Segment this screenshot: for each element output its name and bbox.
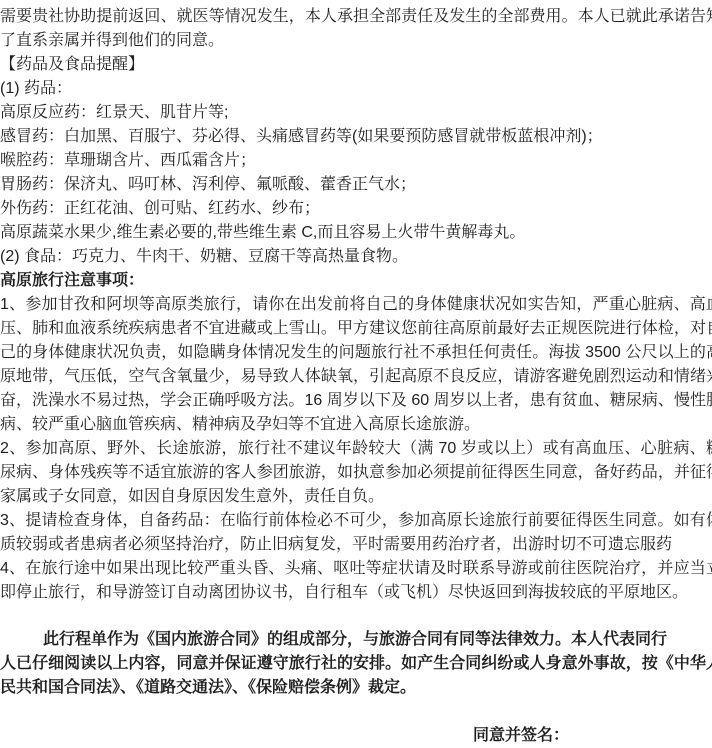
companion-count-blank	[667, 643, 712, 644]
medicine-food-heading: 【药品及食品提醒】	[0, 53, 712, 77]
notice-item-4: 4、在旅行途中如果出现比较严重头昏、头痛、呕吐等症状请及时联系导游或前往医院治疗…	[0, 557, 712, 605]
stomach-medicine-line: 胃肠药：保济丸、吗叮林、泻利停、氟哌酸、藿香正气水；	[0, 173, 712, 197]
notice-item-1: 1、参加甘孜和阿坝等高原类旅行，请你在出发前将自己的身体健康状况如实告知，严重心…	[0, 293, 712, 437]
cold-medicine-line: 感冒药：白加黑、百服宁、芬必得、头痛感冒药等(如果要预防感冒就带板蓝根冲剂)；	[0, 125, 712, 149]
vitamin-advice-line: 高原蔬菜水果少,维生素必要的,带些维生素 C,而且容易上火带牛黄解毒丸。	[0, 221, 712, 245]
food-item-line: (2) 食品：巧克力、牛肉干、奶糖、豆腐干等高热量食物。	[0, 245, 712, 269]
plateau-travel-notice-heading: 高原旅行注意事项：	[0, 269, 712, 293]
legal-effect-closing-paragraph: 此行程单作为《国内旅游合同》的组成部分，与旅游合同有同等法律效力。本人代表同行人…	[0, 628, 712, 700]
throat-medicine-line: 喉腔药：草珊瑚含片、西瓜霜含片；	[0, 149, 712, 173]
travel-contract-notice-document: 需要贵社协助提前返回、就医等情况发生，本人承担全部责任及发生的全部费用。本人已就…	[0, 0, 712, 748]
liability-intro-paragraph: 需要贵社协助提前返回、就医等情况发生，本人承担全部责任及发生的全部费用。本人已就…	[0, 5, 712, 53]
trauma-medicine-line: 外伤药：正红花油、创可贴、红药水、纱布；	[0, 197, 712, 221]
signature-label: 同意并签名：	[0, 724, 712, 748]
notice-item-2: 2、参加高原、野外、长途旅游，旅行社不建议年龄较大（满 70 岁或以上）或有高血…	[0, 437, 712, 509]
closing-text-before-blank: 此行程单作为《国内旅游合同》的组成部分，与旅游合同有同等法律效力。本人代表同行	[43, 631, 667, 648]
notice-item-3: 3、提请检查身体，自备药品：在临行前体检必不可少，参加高原长途旅行前要征得医生同…	[0, 509, 712, 557]
medicine-item-label: (1) 药品：	[0, 77, 712, 101]
closing-text-after-blank: 人已仔细阅读以上内容，同意并保证遵守旅行社的安排。如产生合同纠纷或人身意外事故，…	[0, 655, 712, 696]
altitude-sickness-medicine-line: 高原反应药：红景天、肌苷片等;	[0, 101, 712, 125]
